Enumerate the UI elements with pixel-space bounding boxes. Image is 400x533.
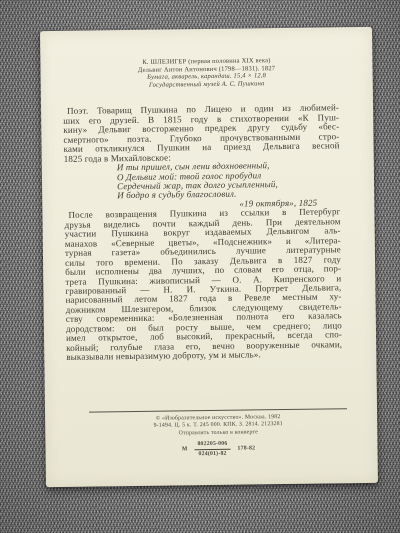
catalog-denominator: 024(01)-82 xyxy=(195,450,231,458)
catalog-fraction: 802205-006 024(01)-82 xyxy=(194,441,230,457)
postcard-back: К. ШЛЕЗИГЕР (первая половина XIX века) Д… xyxy=(40,27,378,487)
annotation-text: Поэт. Товарищ Пушкина по Лицею и один из… xyxy=(63,104,342,363)
paragraph-1: Поэт. Товарищ Пушкина по Лицею и один из… xyxy=(63,104,340,164)
fabric-background: К. ШЛЕЗИГЕР (первая половина XIX века) Д… xyxy=(0,0,400,533)
publisher-imprint: © «Изобразительное искусство». Москва. 1… xyxy=(89,408,348,459)
catalog-suffix: 178-82 xyxy=(238,445,256,452)
text-line: выказывали невыразимую доброту, ум и мыс… xyxy=(66,349,342,362)
catalog-number: М 802205-006 024(01)-82 178-82 xyxy=(89,439,347,458)
paragraph-2: После возвращения Пушкина из ссылки в Пе… xyxy=(64,208,342,363)
poem-quote: И ты пришел, сын лени вдохновенный,О Дел… xyxy=(117,160,340,201)
catalog-prefix: М xyxy=(182,446,188,453)
imprint-divider xyxy=(89,408,347,412)
artwork-caption: К. ШЛЕЗИГЕР (первая половина XIX века) Д… xyxy=(40,56,372,91)
